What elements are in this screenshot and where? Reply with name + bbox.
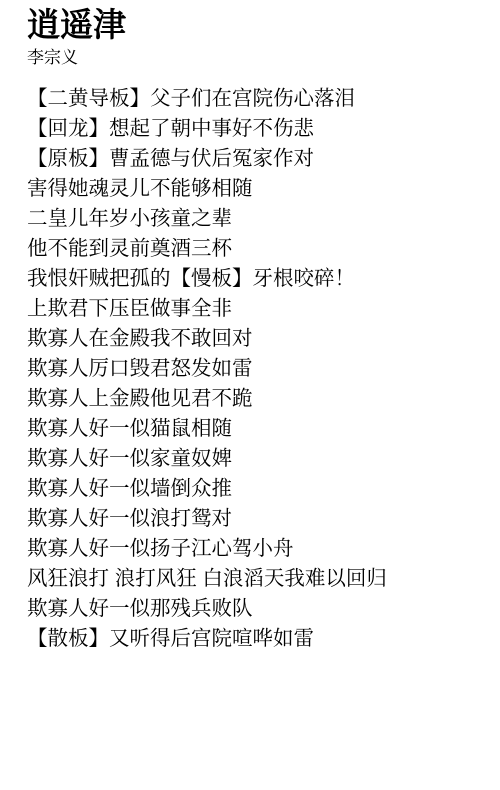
- lyric-line: 他不能到灵前奠酒三杯: [27, 234, 480, 264]
- lyric-line: 欺寡人在金殿我不敢回对: [27, 324, 480, 354]
- page-title: 逍遥津: [27, 5, 480, 45]
- lyric-line: 【散板】又听得后宫院喧哗如雷: [27, 624, 480, 654]
- lyric-line: 欺寡人好一似扬子江心驾小舟: [27, 534, 480, 564]
- lyrics-page: 逍遥津 李宗义 【二黄导板】父子们在宫院伤心落泪 【回龙】想起了朝中事好不伤悲 …: [0, 0, 500, 654]
- lyric-line: 欺寡人好一似家童奴婢: [27, 444, 480, 474]
- lyric-line: 【原板】曹孟德与伏后冤家作对: [27, 144, 480, 174]
- lyric-line: 欺寡人好一似那残兵败队: [27, 594, 480, 624]
- lyric-line: 风狂浪打 浪打风狂 白浪滔天我难以回归: [27, 564, 480, 594]
- lyric-line: 上欺君下压臣做事全非: [27, 294, 480, 324]
- lyric-line: 欺寡人厉口毁君怒发如雷: [27, 354, 480, 384]
- lyric-line: 【回龙】想起了朝中事好不伤悲: [27, 114, 480, 144]
- lyric-line: 欺寡人好一似墙倒众推: [27, 474, 480, 504]
- lyric-line: 二皇儿年岁小孩童之辈: [27, 204, 480, 234]
- lyric-line: 害得她魂灵儿不能够相随: [27, 174, 480, 204]
- artist-name: 李宗义: [27, 47, 480, 70]
- lyric-line: 我恨奸贼把孤的【慢板】牙根咬碎！: [27, 264, 480, 294]
- lyric-line: 欺寡人好一似浪打鸳对: [27, 504, 480, 534]
- lyric-line: 欺寡人上金殿他见君不跪: [27, 384, 480, 414]
- lyric-line: 【二黄导板】父子们在宫院伤心落泪: [27, 84, 480, 114]
- lyrics-body: 【二黄导板】父子们在宫院伤心落泪 【回龙】想起了朝中事好不伤悲 【原板】曹孟德与…: [27, 84, 480, 654]
- lyric-line: 欺寡人好一似猫鼠相随: [27, 414, 480, 444]
